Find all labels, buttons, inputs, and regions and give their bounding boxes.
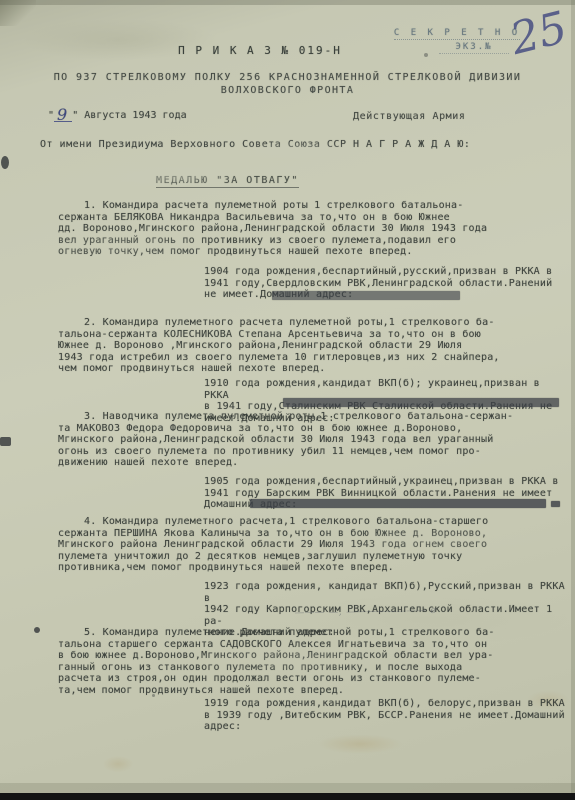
ink-speck (1, 156, 9, 169)
redaction-bar-entry-1 (272, 291, 460, 300)
acting-army-label: Действующая Армия (353, 111, 466, 122)
entry-5-details: 1919 года рождения,кандидат ВКП(б), бело… (204, 698, 566, 733)
ink-speck (152, 694, 155, 697)
entry-3-citation: 3. Наводчика пулемета пулеметной роты,1 … (58, 411, 564, 469)
redaction-bar-entry-3 (250, 499, 546, 508)
date-rest: " Августа 1943 года (72, 110, 186, 121)
scan-bottom-edge (0, 793, 575, 800)
order-title: П Р И К А З № 019-Н (0, 44, 520, 57)
order-subtitle-front: ВОЛХОВСКОГО ФРОНТА (10, 85, 565, 96)
ink-speck (424, 53, 428, 57)
page-top-edge (0, 0, 575, 5)
order-subtitle-regiment: ПО 937 СТРЕЛКОВОМУ ПОЛКУ 256 КРАСНОЗНАМЕ… (10, 72, 565, 83)
award-intro-line: От имени Президиума Верховного Совета Со… (40, 139, 570, 150)
redaction-bar-entry-2 (283, 398, 559, 407)
secret-stamp-text: С Е К Р Е Т Н О (394, 28, 520, 40)
page-right-edge (571, 0, 575, 800)
entry-1-citation: 1. Командира расчета пулеметной роты 1 с… (58, 200, 564, 258)
order-date: "9" Августа 1943 года (48, 108, 187, 121)
page-bottom-shade (0, 783, 575, 793)
medal-line-wrap: МЕДАЛЬЮ "ЗА ОТВАГУ" (0, 168, 455, 188)
ink-speck (0, 437, 11, 446)
ink-speck (34, 627, 40, 633)
entry-4-citation: 4. Командира пулеметного расчета,1 стрел… (58, 516, 564, 574)
document-page: С Е К Р Е Т Н О ЭКЗ.№ 25 П Р И К А З № 0… (0, 0, 575, 800)
medal-title: МЕДАЛЬЮ "ЗА ОТВАГУ" (156, 175, 299, 188)
redaction-mark-entry-3 (551, 501, 560, 507)
handwritten-day: 9 (54, 110, 72, 122)
entry-2-citation: 2. Командира пулеметного расчета пулемет… (58, 317, 564, 375)
entry-5-citation: 5. Командира пулеметного расчета пулемет… (58, 627, 564, 697)
